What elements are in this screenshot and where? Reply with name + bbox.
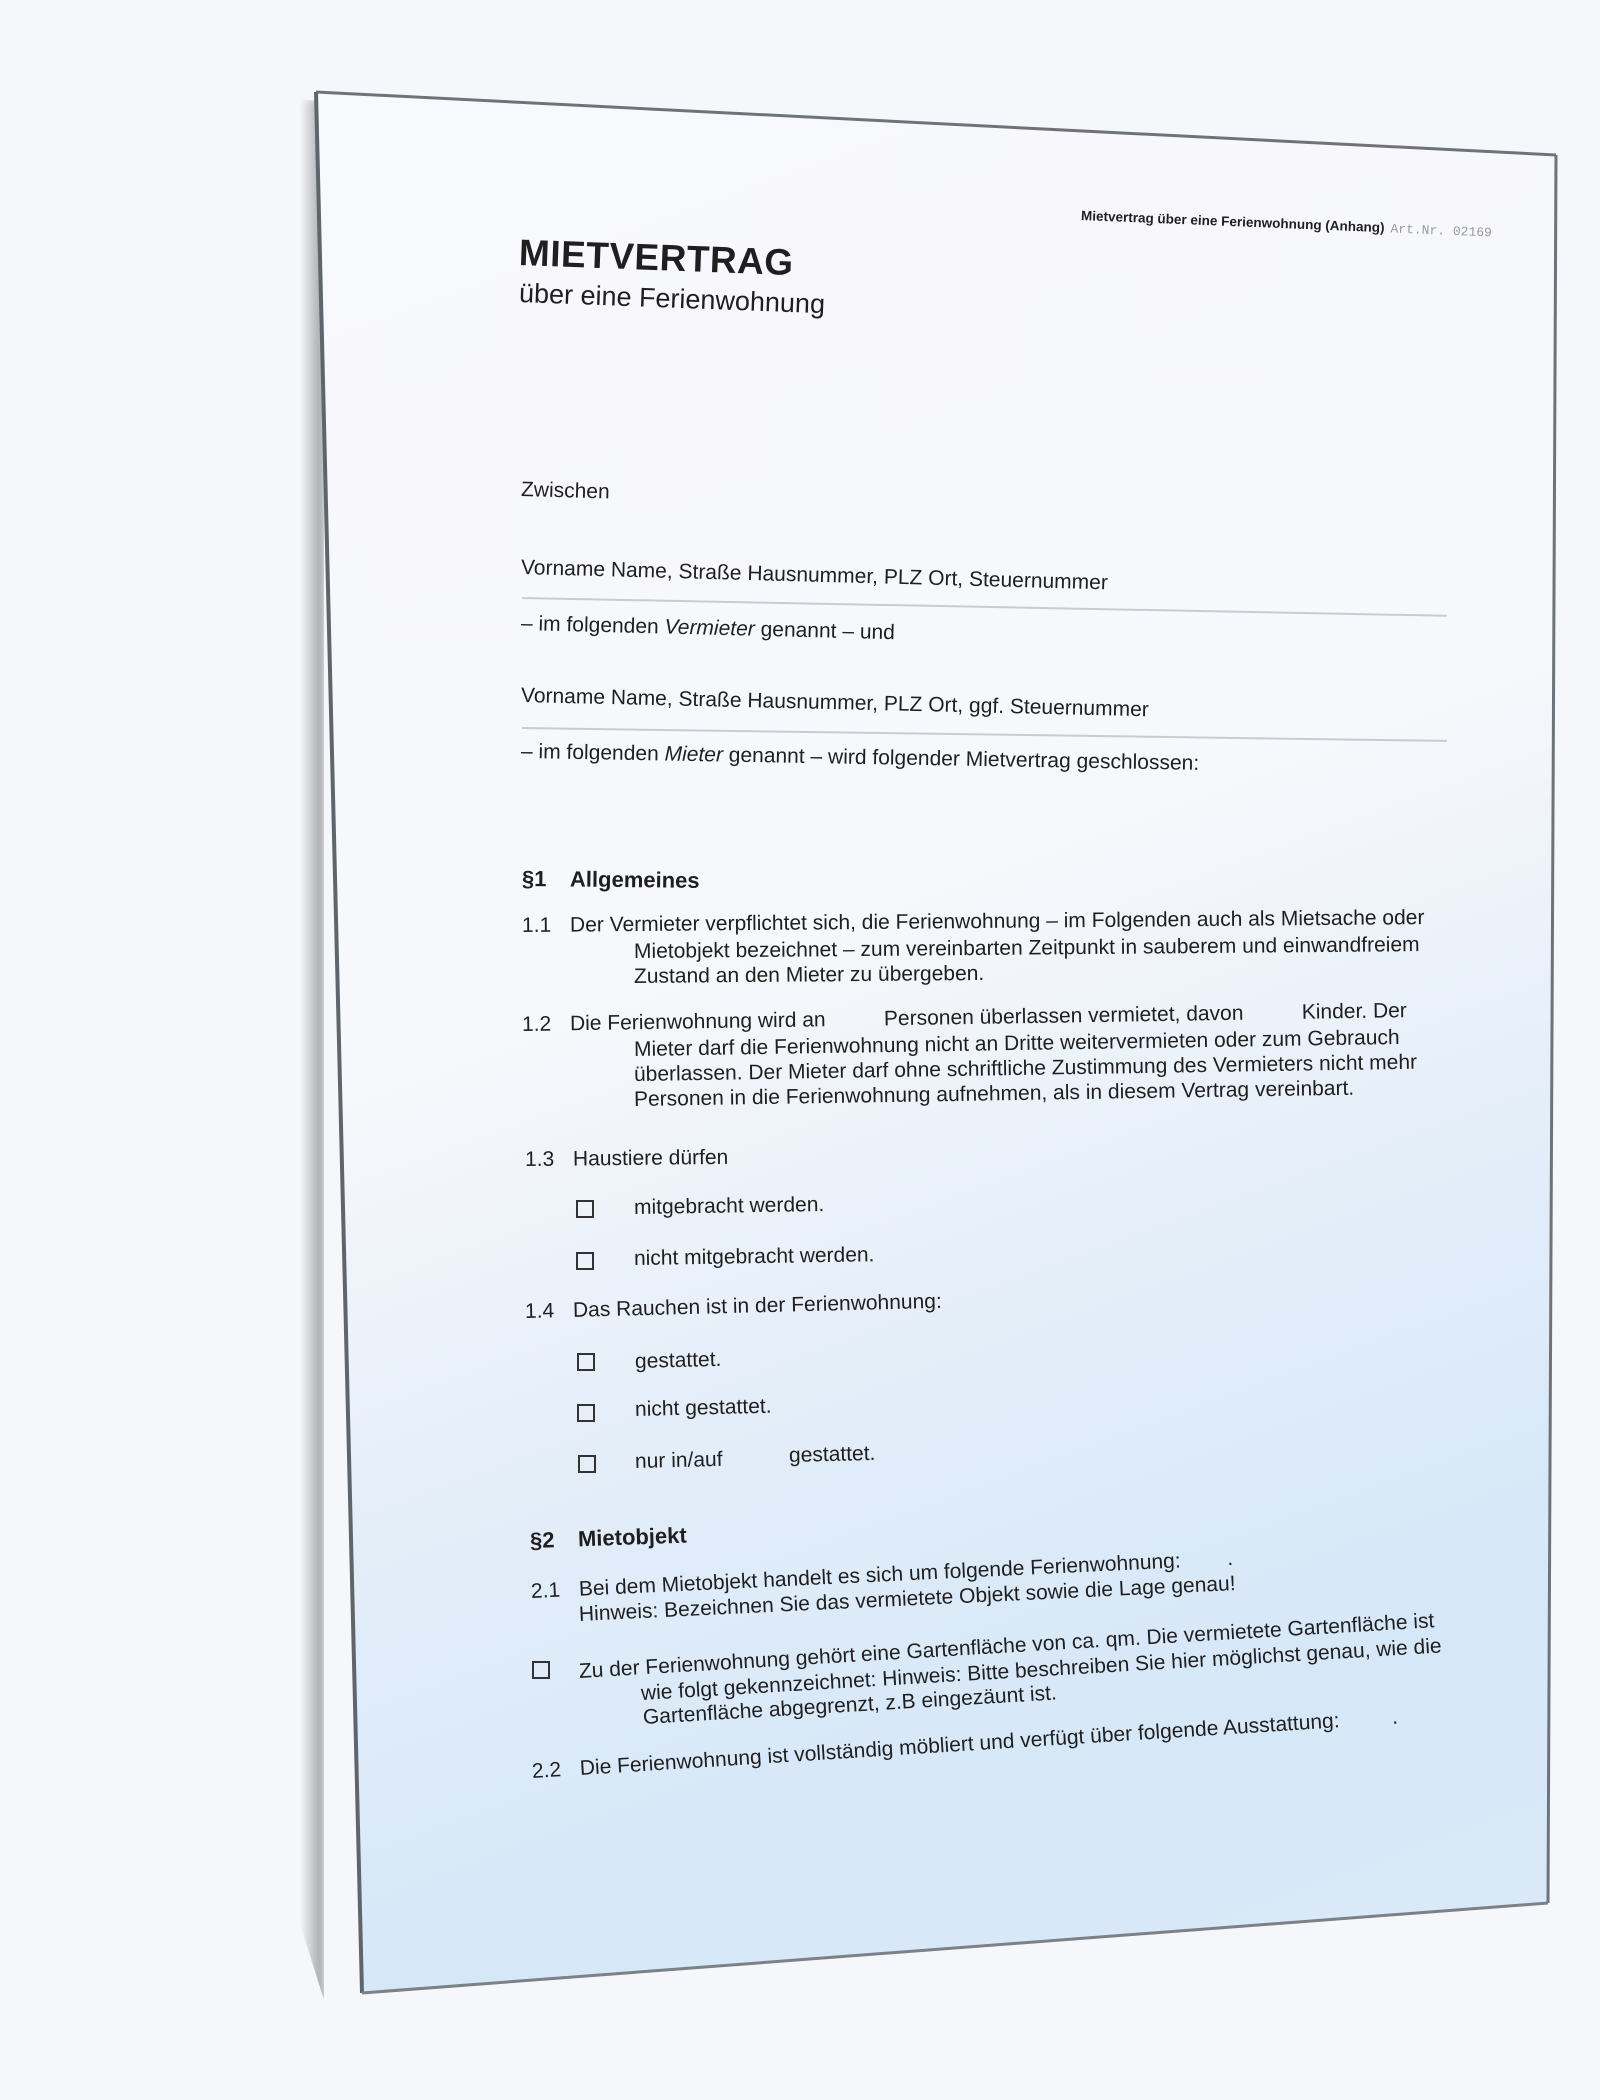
section-1-heading: §1Allgemeines: [522, 866, 700, 894]
smoking-allowed-label: gestattet.: [635, 1348, 722, 1374]
garden-checkbox[interactable]: [532, 1661, 550, 1679]
pets-allowed-checkbox[interactable]: [576, 1200, 594, 1218]
section-1-number: §1: [522, 866, 570, 893]
smoking-not-allowed-label: nicht gestattet.: [635, 1395, 772, 1422]
pets-not-allowed-label: nicht mitgebracht werden.: [634, 1243, 875, 1271]
clause-1-3: 1.3Haustiere dürfen: [525, 1146, 729, 1172]
smoking-restricted-label: nur in/auf: [635, 1448, 723, 1474]
section-2-heading: §2Mietobjekt: [530, 1523, 688, 1554]
tenant-role: Mieter: [664, 743, 723, 767]
page-shadow: [300, 100, 324, 2000]
landlord-role: Vermieter: [664, 616, 755, 641]
pets-allowed-label: mitgebracht werden.: [634, 1193, 825, 1220]
parties-intro: Zwischen: [521, 478, 610, 504]
clause-1-1-line-3: Zustand an den Mieter zu übergeben.: [634, 962, 984, 989]
section-2-number: §2: [530, 1526, 579, 1554]
smoking-not-allowed-checkbox[interactable]: [577, 1404, 595, 1422]
smoking-restricted-suffix: gestattet.: [789, 1442, 876, 1468]
smoking-allowed-checkbox[interactable]: [577, 1353, 595, 1371]
smoking-restricted-checkbox[interactable]: [578, 1455, 596, 1473]
pets-not-allowed-checkbox[interactable]: [576, 1252, 594, 1270]
